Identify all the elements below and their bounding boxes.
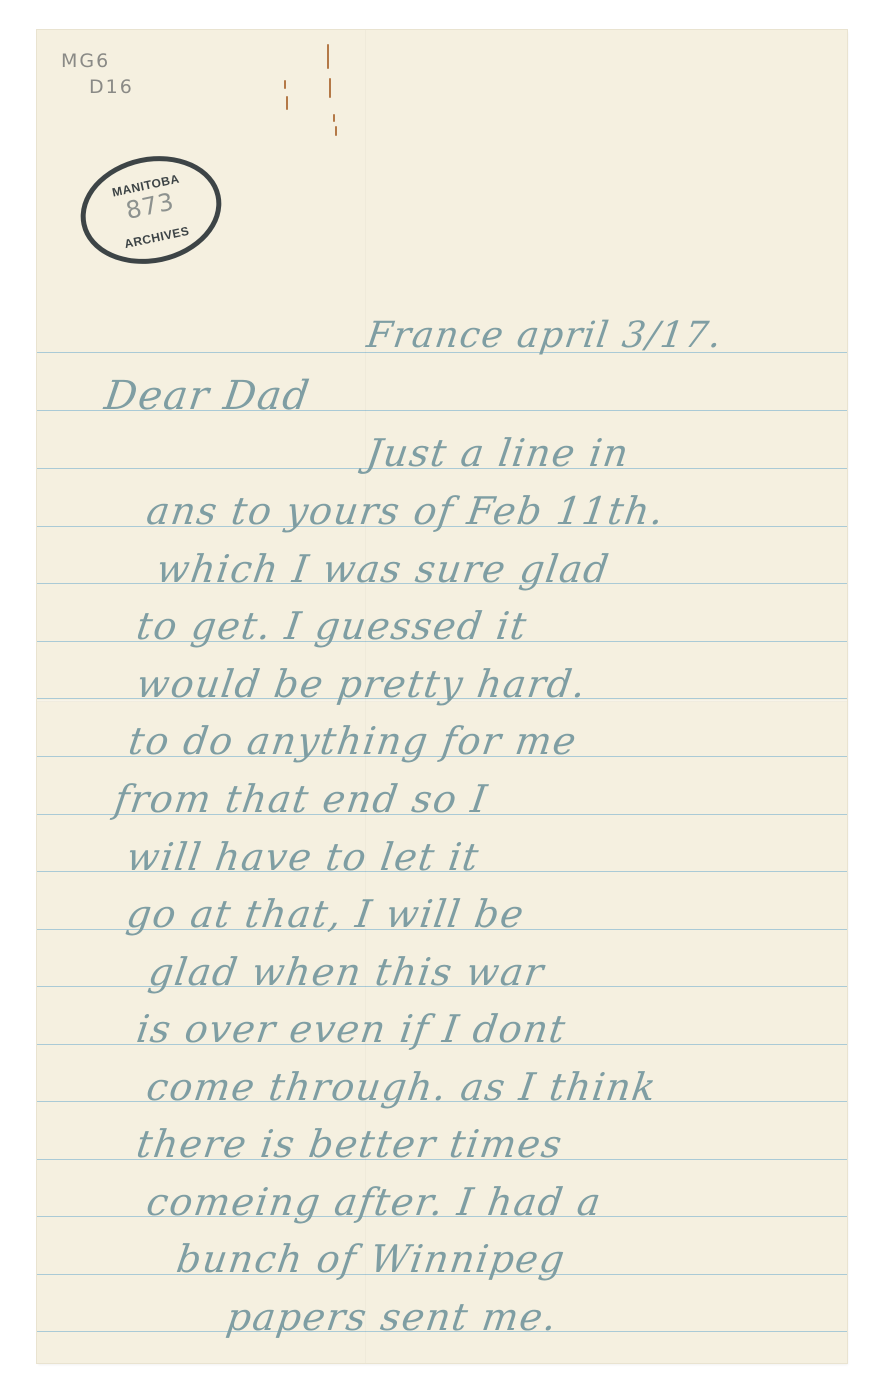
letter-line: Just a line in bbox=[364, 434, 632, 472]
letter-line: would be pretty hard. bbox=[134, 665, 589, 703]
dateline: France april 3/17. bbox=[364, 318, 724, 354]
letter-line: to get. I guessed it bbox=[134, 607, 530, 645]
letter-line: bunch of Winnipeg bbox=[174, 1240, 568, 1278]
rust-mark bbox=[329, 78, 331, 98]
rust-mark bbox=[286, 96, 288, 110]
rust-mark bbox=[284, 80, 286, 89]
letter-line: go at that, I will be bbox=[124, 895, 527, 933]
letter-line: to do anything for me bbox=[126, 722, 579, 760]
letter-line: is over even if I dont bbox=[134, 1010, 568, 1048]
letter-line: from that end so I bbox=[112, 780, 490, 818]
rust-mark bbox=[333, 114, 335, 122]
letter-line: there is better times bbox=[134, 1125, 565, 1163]
salutation: Dear Dad bbox=[102, 376, 313, 416]
archival-pencil-note-line1: MG6 bbox=[61, 52, 110, 71]
letter-line: comeing after. I had a bbox=[144, 1183, 604, 1221]
letter-line: come through. as I think bbox=[144, 1068, 659, 1106]
archival-pencil-note-line2: D16 bbox=[89, 78, 134, 97]
letter-line: which I was sure glad bbox=[154, 550, 612, 588]
letter-line: ans to yours of Feb 11th. bbox=[144, 492, 667, 530]
letter-line: papers sent me. bbox=[224, 1298, 560, 1336]
manitoba-archives-stamp: MANITOBA 873 ARCHIVES bbox=[71, 143, 232, 276]
rust-mark bbox=[327, 44, 329, 69]
letter-line: will have to let it bbox=[124, 838, 482, 876]
letter-page: MG6 D16 MANITOBA 873 ARCHIVES France apr… bbox=[37, 30, 847, 1363]
rust-mark bbox=[335, 126, 337, 136]
letter-line: glad when this war bbox=[146, 953, 547, 991]
